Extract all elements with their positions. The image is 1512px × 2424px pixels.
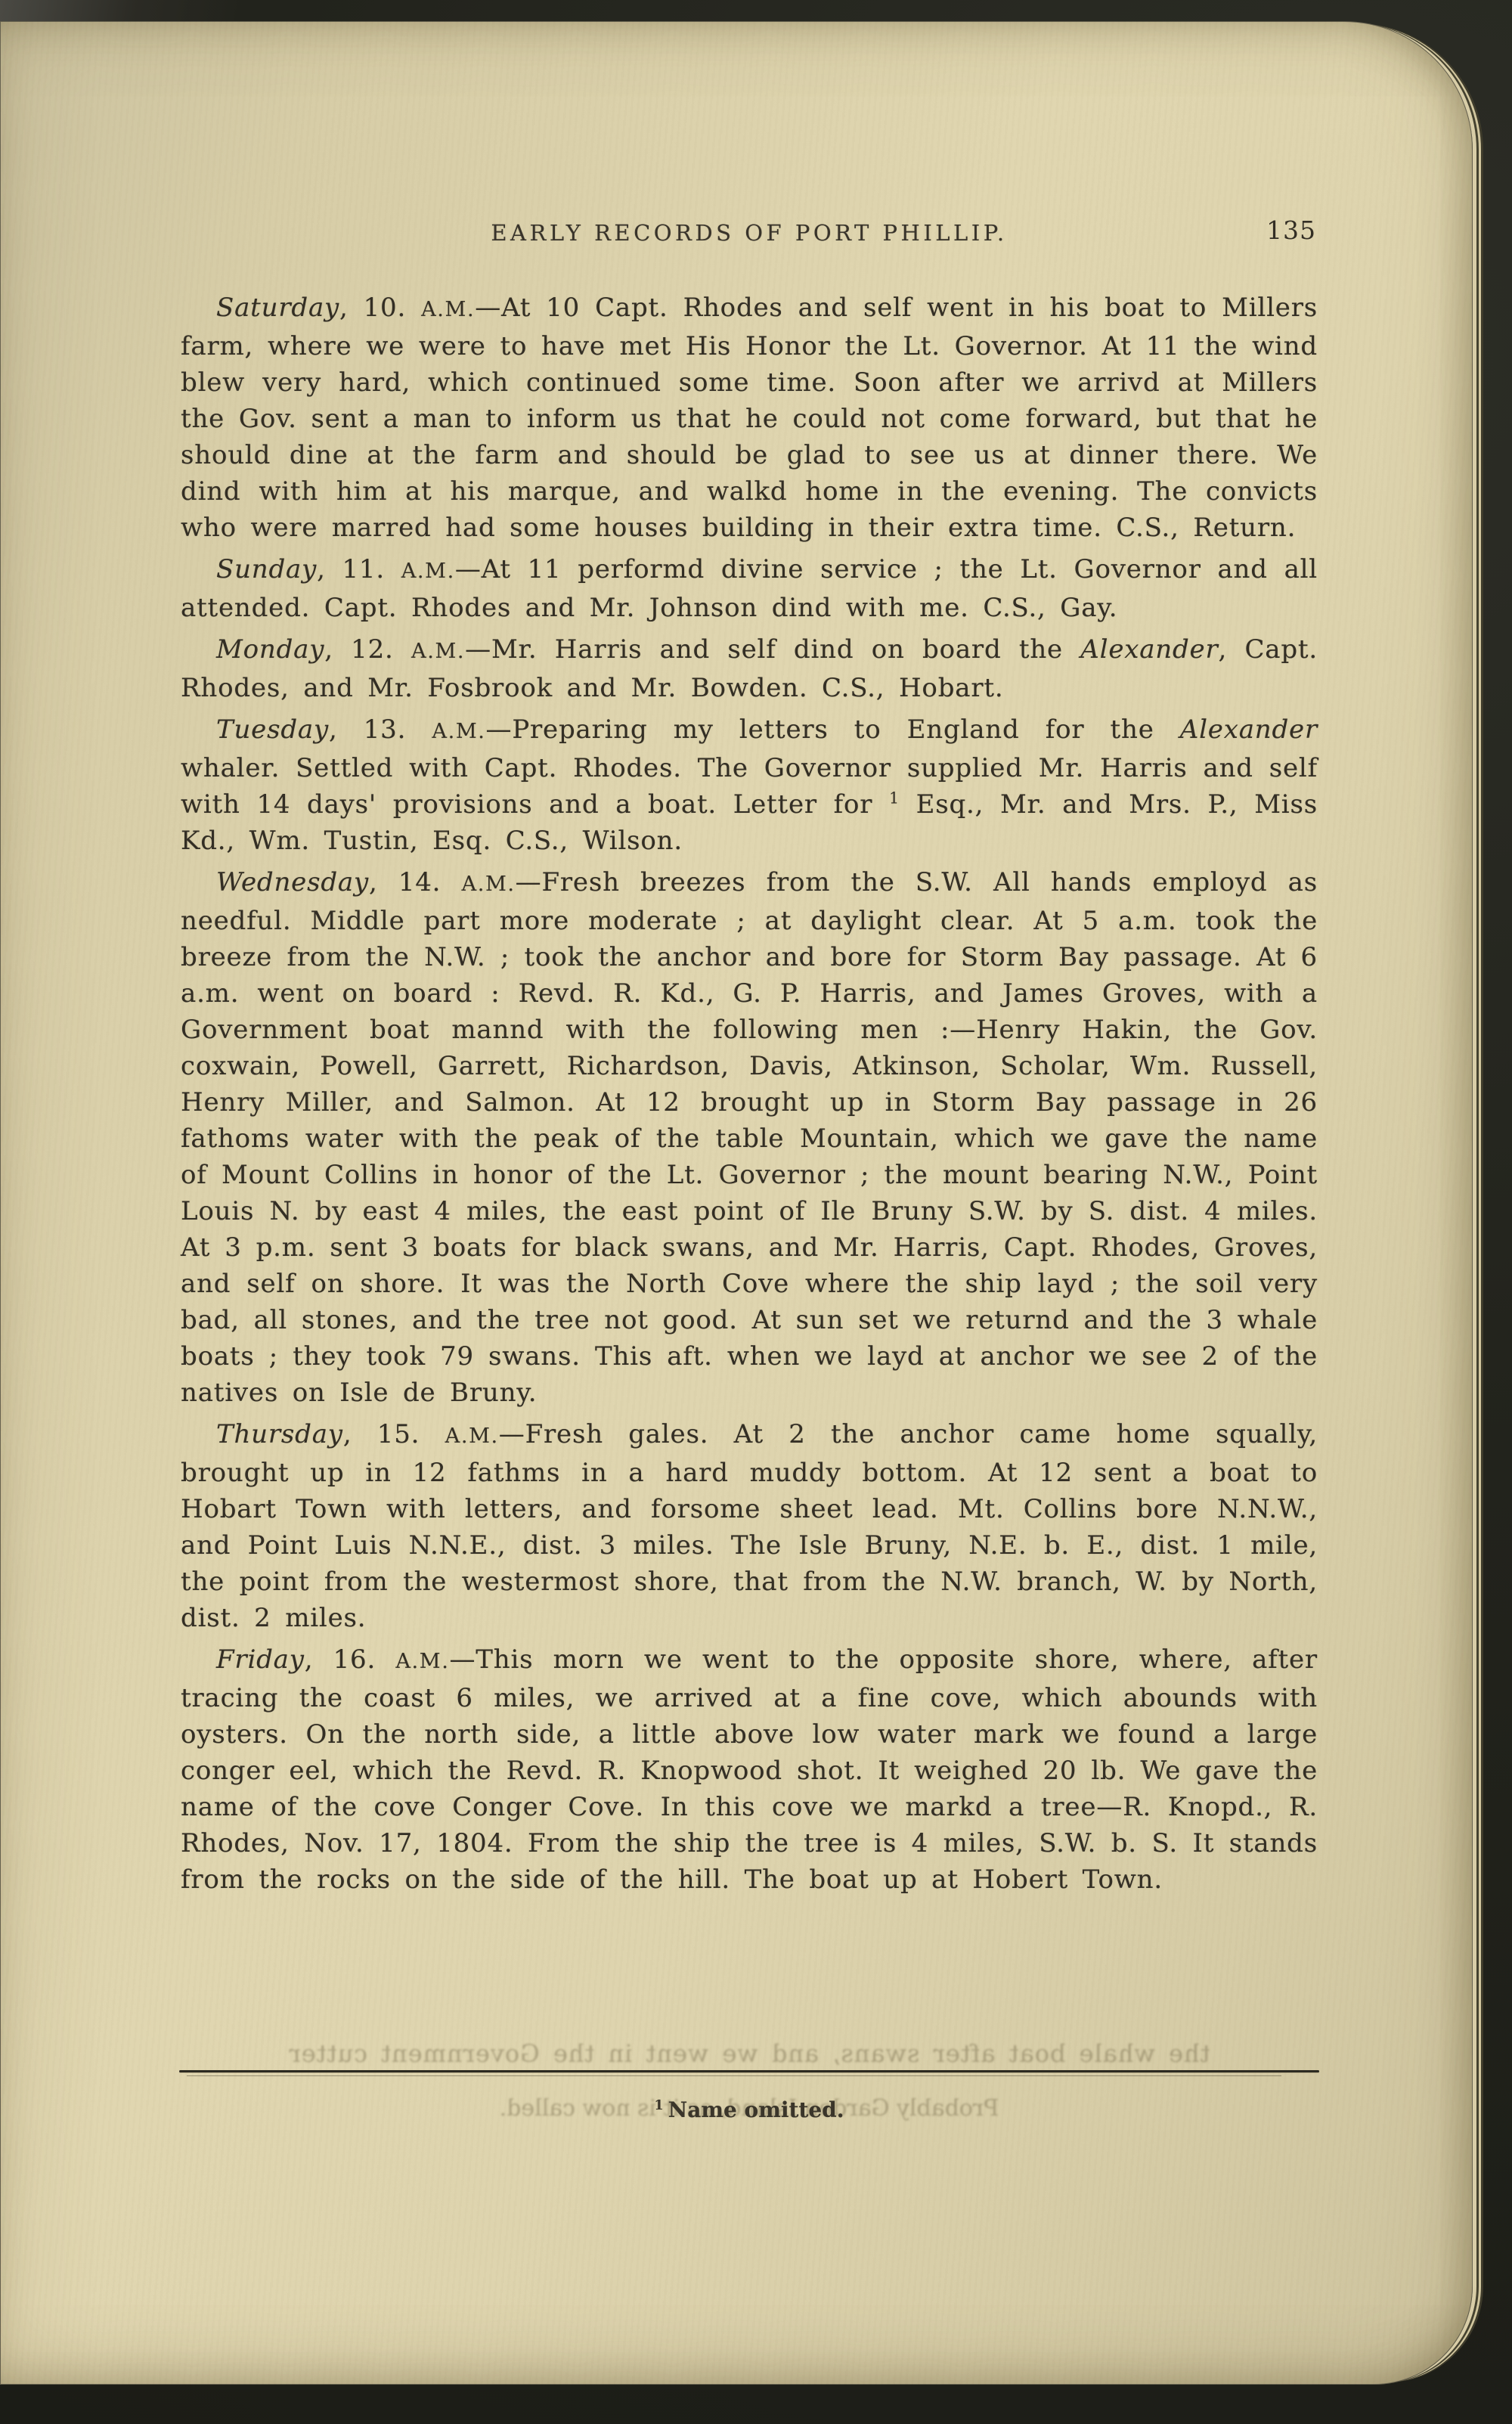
page-number: 135 [1266,215,1316,245]
scanned-book-photo: { "header": { "title": "EARLY RECORDS OF… [0,0,1512,2424]
diary-entry: Tuesday, 13. A.M.—Preparing my letters t… [181,711,1318,859]
footnote-rule [179,2070,1319,2072]
diary-entry: Thursday, 15. A.M.—Fresh gales. At 2 the… [181,1416,1318,1636]
footnote: 1Name omitted. [181,2097,1318,2122]
diary-entry: Saturday, 10. A.M.—At 10 Capt. Rhodes an… [181,290,1318,546]
diary-entry: Friday, 16. A.M.—This morn we went to th… [181,1641,1318,1898]
diary-entry: Monday, 12. A.M.—Mr. Harris and self din… [181,631,1318,706]
page-header: EARLY RECORDS OF PORT PHILLIP. 135 [181,220,1318,255]
diary-entries: Saturday, 10. A.M.—At 10 Capt. Rhodes an… [181,290,1318,1898]
diary-entry: Sunday, 11. A.M.—At 11 performd divine s… [181,551,1318,626]
show-through-text: the whale boat after swans, and we went … [181,2039,1318,2068]
running-head-title: EARLY RECORDS OF PORT PHILLIP. [181,220,1318,246]
diary-entry: Wednesday, 14. A.M.—Fresh breezes from t… [181,864,1318,1411]
footnote-text: Name omitted. [668,2097,844,2122]
footnote-marker: 1 [655,2098,664,2113]
book-page: EARLY RECORDS OF PORT PHILLIP. 135 Satur… [0,21,1473,2385]
